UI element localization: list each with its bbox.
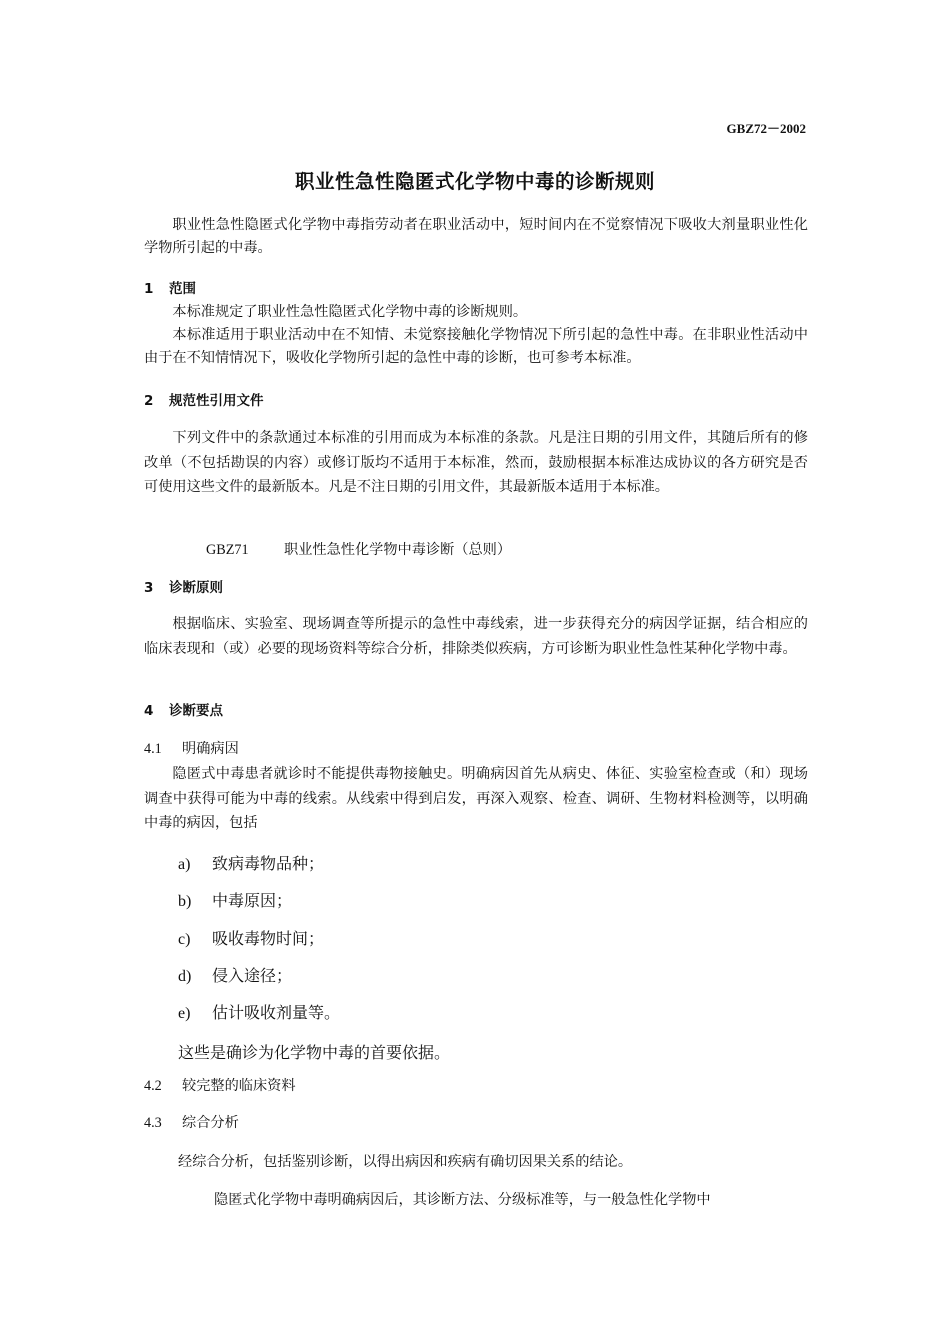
intro-paragraph: 职业性急性隐匿式化学物中毒指劳动者在职业活动中，短时间内在不觉察情况下吸收大剂量…: [144, 214, 808, 260]
list-item: d)侵入途径；: [144, 963, 842, 986]
document-page: GBZ72－2002 职业性急性隐匿式化学物中毒的诊断规则 职业性急性隐匿式化学…: [0, 0, 950, 1344]
list-item: e)估计吸收剂量等。: [144, 1000, 842, 1023]
section-2: 2规范性引用文件: [144, 390, 808, 413]
paragraph: 下列文件中的条款通过本标准的引用而成为本标准的条款。凡是注日期的引用文件，其随后…: [144, 426, 808, 500]
paragraph-trailing: 隐匿式化学物中毒明确病因后，其诊断方法、分级标准等，与一般急性化学物中: [144, 1189, 878, 1209]
section-heading: 3诊断原则: [144, 577, 808, 600]
subsection-heading: 4.3综合分析: [144, 1112, 808, 1135]
list-item: a)致病毒物品种；: [144, 851, 842, 874]
reference-item: GBZ71职业性急性化学物中毒诊断（总则）: [144, 539, 870, 562]
subsection-4-3: 4.3综合分析: [144, 1112, 808, 1135]
reference-title: 职业性急性化学物中毒诊断（总则）: [284, 542, 511, 558]
section-4: 4诊断要点: [144, 700, 808, 723]
reference-code: GBZ71: [206, 539, 284, 562]
standard-code: GBZ72－2002: [727, 118, 806, 137]
section-heading: 2规范性引用文件: [144, 390, 808, 413]
section-3-body: 根据临床、实验室、现场调查等所提示的急性中毒线索，进一步获得充分的病因学证据，结…: [144, 612, 808, 662]
paragraph: 本标准适用于职业活动中在不知情、未觉察接触化学物情况下所引起的急性中毒。在非职业…: [144, 324, 808, 370]
subsection-4-2: 4.2较完整的临床资料: [144, 1075, 808, 1098]
section-2-body: 下列文件中的条款通过本标准的引用而成为本标准的条款。凡是注日期的引用文件，其随后…: [144, 426, 808, 500]
paragraph: 经综合分析，包括鉴别诊断，以得出病因和疾病有确切因果关系的结论。: [144, 1151, 842, 1171]
document-title: 职业性急性隐匿式化学物中毒的诊断规则: [0, 166, 950, 194]
section-heading: 4诊断要点: [144, 700, 808, 723]
paragraph: 隐匿式中毒患者就诊时不能提供毒物接触史。明确病因首先从病史、体征、实验室检查或（…: [144, 762, 808, 836]
subsection-heading: 4.2较完整的临床资料: [144, 1075, 808, 1098]
subsection-heading: 4.1明确病因: [144, 738, 808, 761]
list-item: c)吸收毒物时间；: [144, 926, 842, 949]
section-3: 3诊断原则: [144, 577, 808, 600]
closing-paragraph: 这些是确诊为化学物中毒的首要依据。: [144, 1040, 842, 1063]
section-1: 1范围 本标准规定了职业性急性隐匿式化学物中毒的诊断规则。 本标准适用于职业活动…: [144, 278, 808, 370]
subsection-4-1: 4.1明确病因: [144, 738, 808, 761]
list-item: b)中毒原因；: [144, 888, 842, 911]
subsection-4-1-body: 隐匿式中毒患者就诊时不能提供毒物接触史。明确病因首先从病史、体征、实验室检查或（…: [144, 762, 808, 836]
paragraph: 根据临床、实验室、现场调查等所提示的急性中毒线索，进一步获得充分的病因学证据，结…: [144, 612, 808, 662]
intro-block: 职业性急性隐匿式化学物中毒指劳动者在职业活动中，短时间内在不觉察情况下吸收大剂量…: [144, 214, 808, 260]
section-heading: 1范围: [144, 278, 808, 301]
paragraph: 本标准规定了职业性急性隐匿式化学物中毒的诊断规则。: [144, 301, 808, 324]
